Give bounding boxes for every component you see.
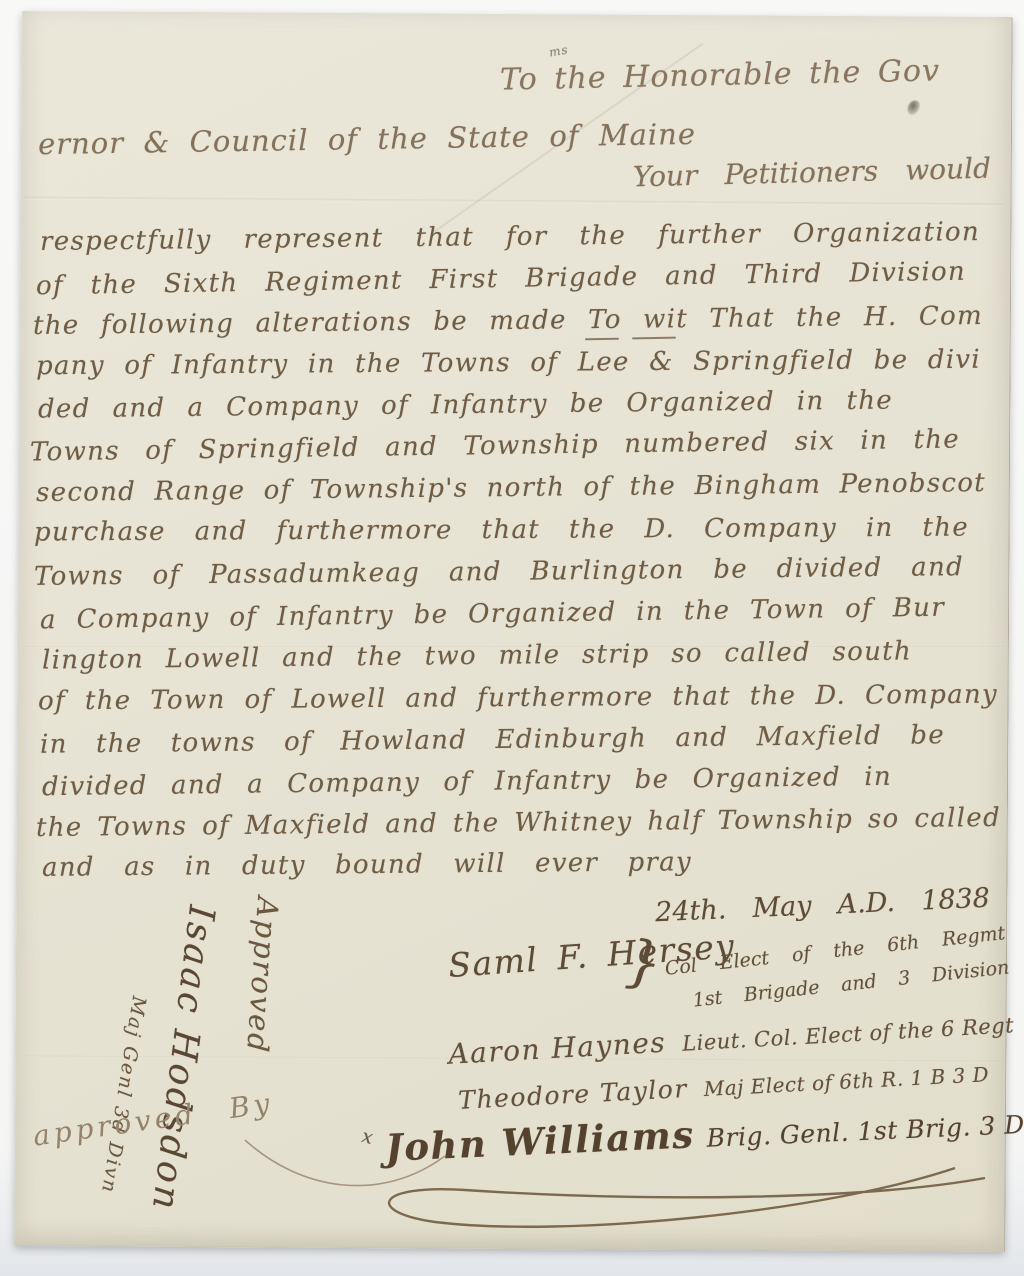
signature-brace: } [623,928,665,996]
approval-note-flourish [240,1118,460,1208]
manuscript-line: and as in duty bound will ever pray [42,847,692,883]
manuscript-line: purchase and furthermore that the D. Com… [34,513,969,548]
scanned-document-page: { "scan": { "background_color": "#f5f5f4… [0,0,1024,1276]
